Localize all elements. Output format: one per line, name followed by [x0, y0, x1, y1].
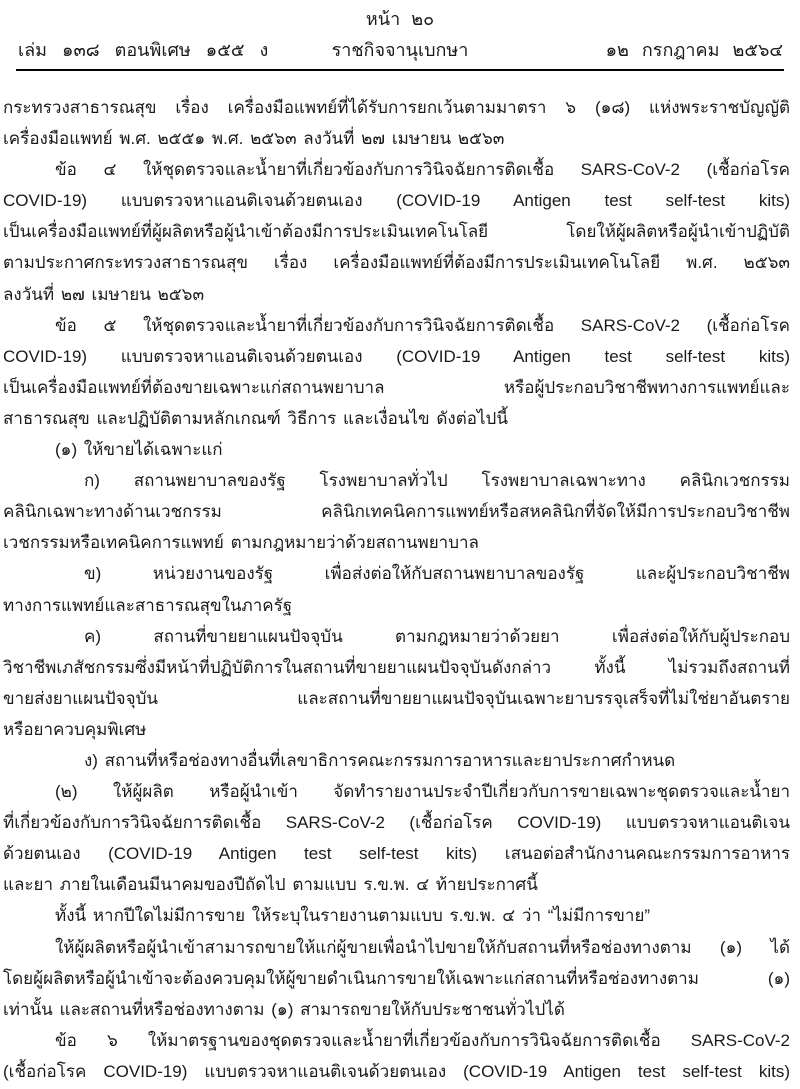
- document-line: ขายส่งยาแผนปัจจุบัน และสถานที่ขายยาแผนปั…: [3, 683, 790, 714]
- publication-date: ๑๒ กรกฎาคม ๒๕๖๔: [606, 37, 783, 64]
- document-line: COVID-19) แบบตรวจหาแอนติเจนด้วยตนเอง (CO…: [3, 341, 790, 372]
- document-line: ง) สถานที่หรือช่องทางอื่นที่เลขาธิการคณะ…: [3, 745, 790, 776]
- document-line: ข้อ ๕ ให้ชุดตรวจและน้ำยาที่เกี่ยวข้องกับ…: [3, 310, 790, 341]
- document-line: วิชาชีพเภสัชกรรมซึ่งมีหน้าที่ปฏิบัติการใ…: [3, 652, 790, 683]
- document-line: ให้ผู้ผลิตหรือผู้นำเข้าสามารถขายให้แก่ผู…: [3, 932, 790, 963]
- gazette-header: หน้า ๒๐ เล่ม ๑๓๘ ตอนพิเศษ ๑๕๕ ง ราชกิจจา…: [0, 6, 800, 71]
- header-row: เล่ม ๑๓๘ ตอนพิเศษ ๑๕๕ ง ราชกิจจานุเบกษา …: [0, 37, 800, 64]
- document-line: (๒) ให้ผู้ผลิต หรือผู้นำเข้า จัดทำรายงาน…: [3, 776, 790, 807]
- document-line: ทั้งนี้ หากปีใดไม่มีการขาย ให้ระบุในรายง…: [3, 900, 790, 931]
- document-line: COVID-19) แบบตรวจหาแอนติเจนด้วยตนเอง (CO…: [3, 185, 790, 216]
- page-number: หน้า ๒๐: [0, 6, 800, 32]
- document-line: เครื่องมือแพทย์ พ.ศ. ๒๕๕๑ พ.ศ. ๒๕๖๓ ลงวั…: [3, 123, 790, 154]
- document-line: ทางการแพทย์และสาธารณสุขในภาครัฐ: [3, 590, 790, 621]
- document-line: กระทรวงสาธารณสุข เรื่อง เครื่องมือแพทย์ท…: [3, 92, 790, 123]
- document-line: และยา ภายในเดือนมีนาคมของปีถัดไป ตามแบบ …: [3, 869, 790, 900]
- document-line: ก) สถานพยาบาลของรัฐ โรงพยาบาลทั่วไป โรงพ…: [3, 465, 790, 496]
- document-line: ข้อ ๖ ให้มาตรฐานของชุดตรวจและน้ำยาที่เกี…: [3, 1025, 790, 1056]
- document-line: โดยผู้ผลิตหรือผู้นำเข้าจะต้องควบคุมให้ผู…: [3, 963, 790, 994]
- document-body: กระทรวงสาธารณสุข เรื่อง เครื่องมือแพทย์ท…: [0, 92, 800, 1087]
- header-rule: [16, 69, 784, 71]
- document-line: ค) สถานที่ขายยาแผนปัจจุบัน ตามกฎหมายว่าด…: [3, 621, 790, 652]
- document-line: เป็นเครื่องมือแพทย์ที่ผู้ผลิตหรือผู้นำเข…: [3, 216, 790, 247]
- document-line: ด้วยตนเอง (COVID-19 Antigen test self-te…: [3, 838, 790, 869]
- document-line: คลินิกเฉพาะทางด้านเวชกรรม คลินิกเทคนิคกา…: [3, 496, 790, 527]
- document-line: ข) หน่วยงานของรัฐ เพื่อส่งต่อให้กับสถานพ…: [3, 558, 790, 589]
- document-line: เป็นเครื่องมือแพทย์ที่ต้องขายเฉพาะแก่สถา…: [3, 372, 790, 403]
- document-line: ตามประกาศกระทรวงสาธารณสุข เรื่อง เครื่อง…: [3, 247, 790, 278]
- document-line: (๑) ให้ขายได้เฉพาะแก่: [3, 434, 790, 465]
- document-line: (เชื้อก่อโรค COVID-19) แบบตรวจหาแอนติเจน…: [3, 1056, 790, 1087]
- document-line: ที่เกี่ยวข้องกับการวินิจฉัยการติดเชื้อ S…: [3, 807, 790, 838]
- gazette-page: หน้า ๒๐ เล่ม ๑๓๘ ตอนพิเศษ ๑๕๕ ง ราชกิจจา…: [0, 6, 800, 1089]
- document-line: เวชกรรมหรือเทคนิคการแพทย์ ตามกฎหมายว่าด้…: [3, 527, 790, 558]
- document-line: เท่านั้น และสถานที่หรือช่องทางตาม (๑) สา…: [3, 994, 790, 1025]
- document-line: สาธารณสุข และปฏิบัติตามหลักเกณฑ์ วิธีการ…: [3, 403, 790, 434]
- document-line: หรือยาควบคุมพิเศษ: [3, 714, 790, 745]
- document-line: ข้อ ๔ ให้ชุดตรวจและน้ำยาที่เกี่ยวข้องกับ…: [3, 154, 790, 185]
- document-line: ลงวันที่ ๒๗ เมษายน ๒๕๖๓: [3, 279, 790, 310]
